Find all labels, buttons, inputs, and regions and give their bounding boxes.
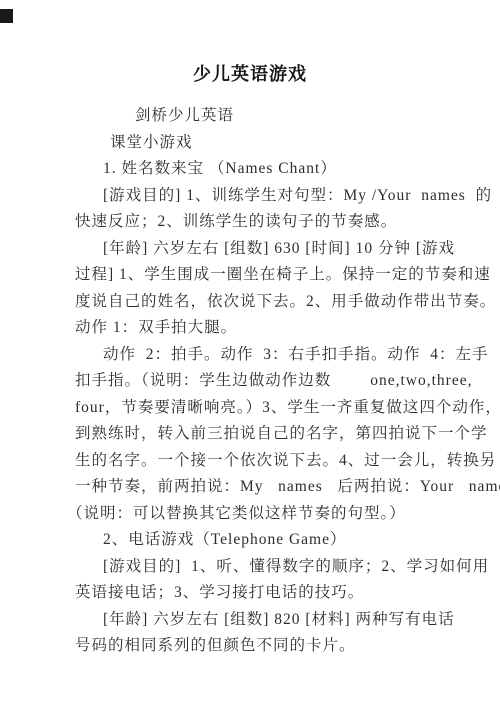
text-line: 到熟练时，转入前三拍说自己的名字，第四拍说下一个学	[75, 421, 465, 448]
text-line: 生的名字。一个接一个依次说下去。4、过一会儿，转换另	[75, 448, 465, 475]
text-line: 号码的相同系列的但颜色不同的卡片。	[75, 633, 465, 660]
text-line: [年龄] 六岁左右 [组数] 820 [材料] 两种写有电话	[75, 607, 465, 634]
text-line: 剑桥少儿英语	[75, 103, 465, 130]
text-line: 2、电话游戏（Telephone Game）	[75, 527, 465, 554]
document-page: 少儿英语游戏 剑桥少儿英语课堂小游戏1. 姓名数来宝 （Names Chant）…	[0, 0, 500, 708]
document-body: 剑桥少儿英语课堂小游戏1. 姓名数来宝 （Names Chant）[游戏目的] …	[75, 103, 465, 660]
black-square-mark	[0, 9, 13, 23]
text-line: 动作 2：拍手。动作 3：右手扣手指。动作 4：左手	[75, 342, 465, 369]
text-line: four，节奏要清晰响亮。）3、学生一齐重复做这四个动作，	[75, 395, 465, 422]
document-title: 少儿英语游戏	[0, 62, 500, 86]
text-line: 1. 姓名数来宝 （Names Chant）	[75, 156, 465, 183]
text-line: 课堂小游戏	[75, 130, 465, 157]
text-line: [游戏目的] 1、听、懂得数字的顺序；2、学习如何用	[75, 554, 465, 581]
text-line: 过程] 1、学生围成一圈坐在椅子上。保持一定的节奏和速	[75, 262, 465, 289]
text-line: 扣手指。（说明：学生边做动作边数 one,two,three,	[75, 368, 465, 395]
text-line: 一种节奏，前两拍说：My names 后两拍说：Your names	[75, 474, 465, 501]
text-line: 快速反应；2、训练学生的读句子的节奏感。	[75, 209, 465, 236]
text-line: 度说自己的姓名，依次说下去。2、用手做动作带出节奏。	[75, 289, 465, 316]
text-line: 英语接电话；3、学习接打电话的技巧。	[75, 580, 465, 607]
text-line: [游戏目的] 1、训练学生对句型：My /Your names 的	[75, 183, 465, 210]
text-line: 动作 1：双手拍大腿。	[75, 315, 465, 342]
text-line: （说明：可以替换其它类似这样节奏的句型。）	[67, 501, 465, 528]
text-line: [年龄] 六岁左右 [组数] 630 [时间] 10 分钟 [游戏	[75, 236, 465, 263]
